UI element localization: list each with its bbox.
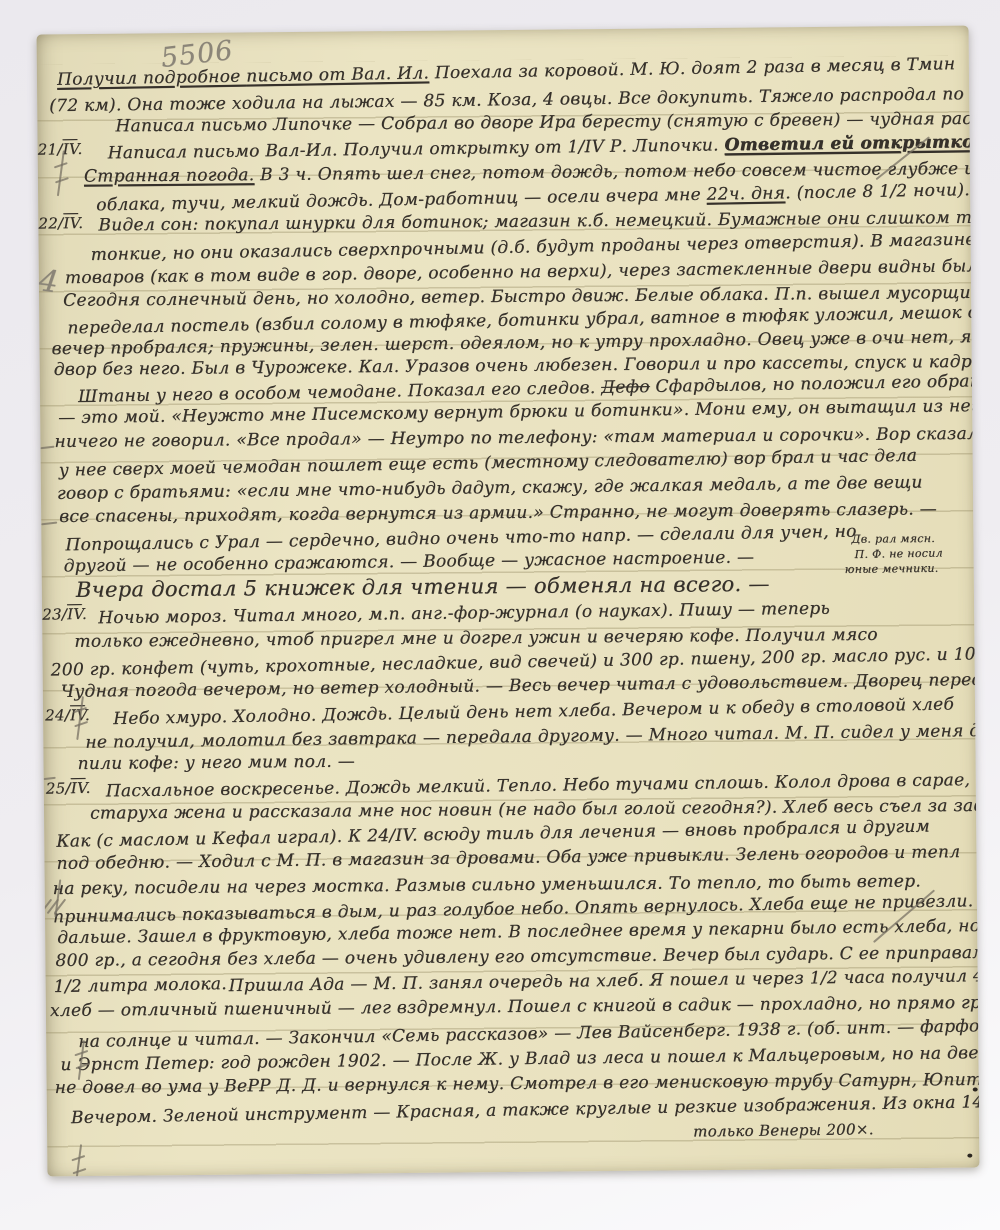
margin-date: 22/IV.	[38, 214, 83, 233]
manuscript-line: 1/2 литра молока.	[54, 974, 228, 997]
manuscript-line: Написал письмо Вал-Ил. Получил открытку …	[108, 132, 980, 164]
manuscript-line: Вчера достал 5 книжек для чтения — обмен…	[76, 572, 770, 602]
handwriting-layer: Получил подробное письмо от Вал. Ил. Пое…	[37, 26, 969, 35]
manuscript-line: пили кофе: у него мим пол. —	[77, 752, 355, 774]
manuscript-paper: 5506 Получил подробное письмо от Вал. Ил…	[37, 26, 980, 1177]
manuscript-line: хлеб — отличный пшеничный — лег вздремну…	[50, 992, 980, 1020]
interlinear-note: П. Ф. не носил	[854, 546, 942, 561]
manuscript-line: Пришла Ада — М. П. занял очередь на хлеб…	[229, 966, 980, 996]
manuscript-line: только Венеры 200×.	[693, 1120, 874, 1140]
margin-date: 23/IV.	[42, 605, 87, 624]
interlinear-note: Дв. рал мясн.	[851, 532, 935, 546]
margin-date: 21/IV.	[37, 140, 82, 159]
margin-date: 25/IV.	[46, 779, 91, 798]
pencil-marks-layer: 4	[37, 26, 969, 35]
manuscript-line: Ночью мороз. Читал много, м.п. анг.-фор-…	[98, 599, 830, 629]
manuscript-line: 800 гр., а сегодня без хлеба — очень уди…	[55, 943, 979, 971]
pencil-text-mark: 4	[39, 264, 59, 299]
interlinear-note: юные мечники.	[845, 562, 939, 576]
